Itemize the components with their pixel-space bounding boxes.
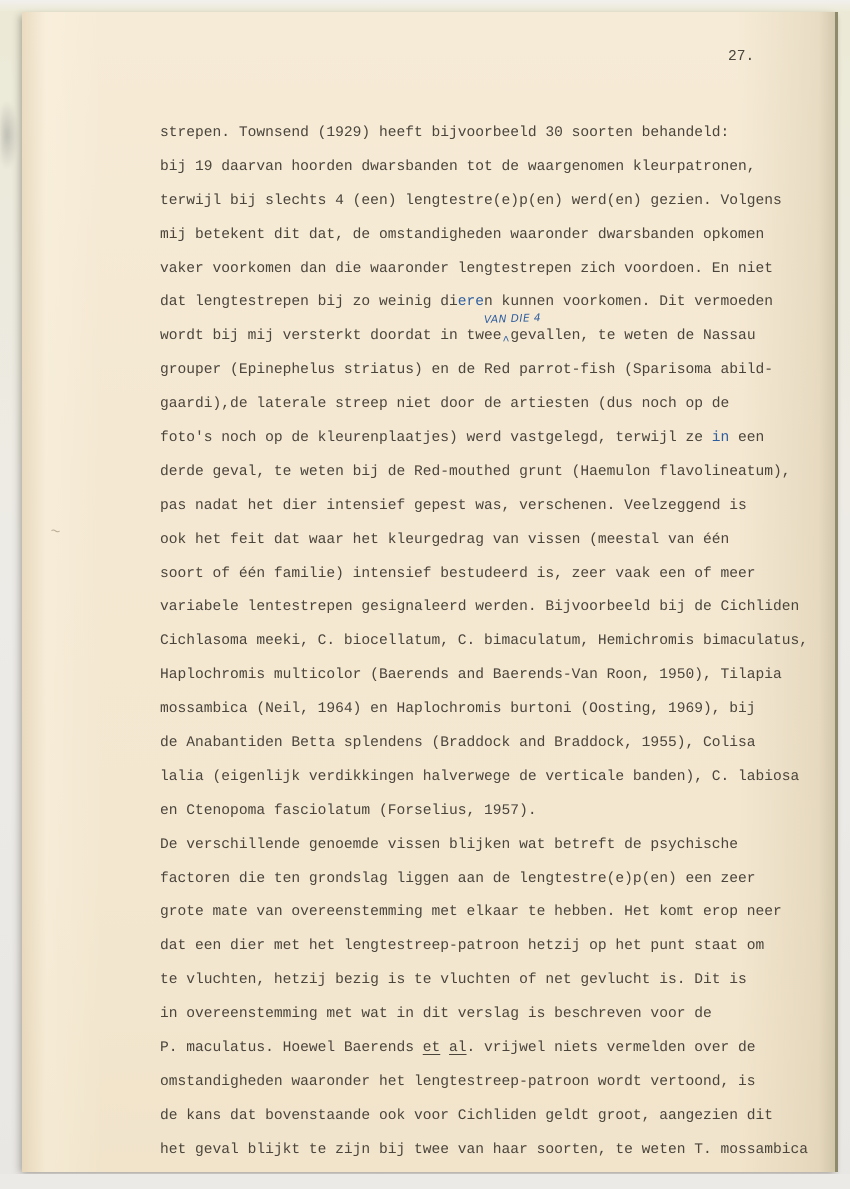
text-line: bij 19 daarvan hoorden dwarsbanden tot d… bbox=[160, 151, 808, 185]
underlined-text: al bbox=[449, 1040, 467, 1056]
text-line: Cichlasoma meeki, C. biocellatum, C. bim… bbox=[160, 625, 808, 659]
text-line: vaker voorkomen dan die waaronder lengte… bbox=[160, 253, 808, 287]
text-line: pas nadat het dier intensief gepest was,… bbox=[160, 490, 808, 524]
handwritten-annotation: VAN DIE 4 bbox=[483, 302, 541, 338]
text-line: omstandigheden waaronder het lengtestree… bbox=[160, 1066, 808, 1100]
text-line: foto's noch op de kleurenplaatjes) werd … bbox=[160, 422, 808, 456]
text-line: en Ctenopoma fasciolatum (Forselius, 195… bbox=[160, 795, 808, 829]
typed-text-block: strepen. Townsend (1929) heeft bijvoorbe… bbox=[160, 117, 808, 1168]
text-line: in overeenstemming met wat in dit versla… bbox=[160, 998, 808, 1032]
text-line: variabele lentestrepen gesignaleerd werd… bbox=[160, 591, 808, 625]
pencil-mark: ~ bbox=[49, 523, 63, 540]
blue-ink-correction: ere bbox=[458, 294, 484, 310]
text-line: mij betekent dit dat, de omstandigheden … bbox=[160, 219, 808, 253]
underlined-text: et bbox=[423, 1040, 441, 1056]
text-line: terwijl bij slechts 4 (een) lengtestre(e… bbox=[160, 185, 808, 219]
text-line: de Anabantiden Betta splendens (Braddock… bbox=[160, 727, 808, 761]
text-line: mossambica (Neil, 1964) en Haplochromis … bbox=[160, 693, 808, 727]
scan-smudge bbox=[0, 100, 18, 170]
text-line: Haplochromis multicolor (Baerends and Ba… bbox=[160, 659, 808, 693]
text-line: derde geval, te weten bij de Red-mouthed… bbox=[160, 456, 808, 490]
page-number: 27. bbox=[728, 49, 754, 65]
text-line: te vluchten, hetzij bezig is te vluchten… bbox=[160, 964, 808, 998]
text-line: dat een dier met het lengtestreep-patroo… bbox=[160, 930, 808, 964]
text-line: de kans dat bovenstaande ook voor Cichli… bbox=[160, 1100, 808, 1134]
text-line: ook het feit dat waar het kleurgedrag va… bbox=[160, 524, 808, 558]
text-line: soort of één familie) intensief bestudee… bbox=[160, 558, 808, 592]
text-line: gaardi),de laterale streep niet door de … bbox=[160, 388, 808, 422]
text-line: het geval blijkt te zijn bij twee van ha… bbox=[160, 1134, 808, 1168]
caret-mark: ^VAN DIE 4 bbox=[502, 325, 511, 359]
text-line: factoren die ten grondslag liggen aan de… bbox=[160, 863, 808, 897]
blue-ink-correction: in bbox=[712, 430, 730, 446]
text-line: De verschillende genoemde vissen blijken… bbox=[160, 829, 808, 863]
text-line: strepen. Townsend (1929) heeft bijvoorbe… bbox=[160, 117, 808, 151]
text-line: grouper (Epinephelus striatus) en de Red… bbox=[160, 354, 808, 388]
scanned-page: 27. ~ strepen. Townsend (1929) heeft bij… bbox=[22, 12, 838, 1172]
text-line: lalia (eigenlijk verdikkingen halverwege… bbox=[160, 761, 808, 795]
text-line: P. maculatus. Hoewel Baerends et al. vri… bbox=[160, 1032, 808, 1066]
scanner-background bbox=[0, 1174, 850, 1189]
text-line: grote mate van overeenstemming met elkaa… bbox=[160, 896, 808, 930]
text-line: wordt bij mij versterkt doordat in twee^… bbox=[160, 320, 808, 354]
